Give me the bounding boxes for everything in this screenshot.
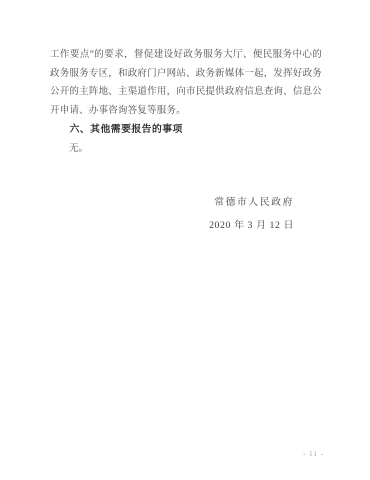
body-paragraph: 工作要点”的要求，督促建设好政务服务大厅、便民服务中心的政务服务专区，和政府门户… [50,46,322,121]
issue-date: 2020 年 3 月 12 日 [0,219,294,233]
section-body: 无。 [50,140,322,159]
page-number: - 11 - [303,450,324,458]
issuing-authority: 常德市人民政府 [0,196,294,210]
signature-block: 常德市人民政府 2020 年 3 月 12 日 [0,196,294,233]
document-content: 工作要点”的要求，督促建设好政务服务大厅、便民服务中心的政务服务专区，和政府门户… [50,46,322,158]
document-page: 工作要点”的要求，督促建设好政务服务大厅、便民服务中心的政务服务专区，和政府门户… [0,0,370,480]
section-heading: 六、其他需要报告的事项 [50,121,322,140]
